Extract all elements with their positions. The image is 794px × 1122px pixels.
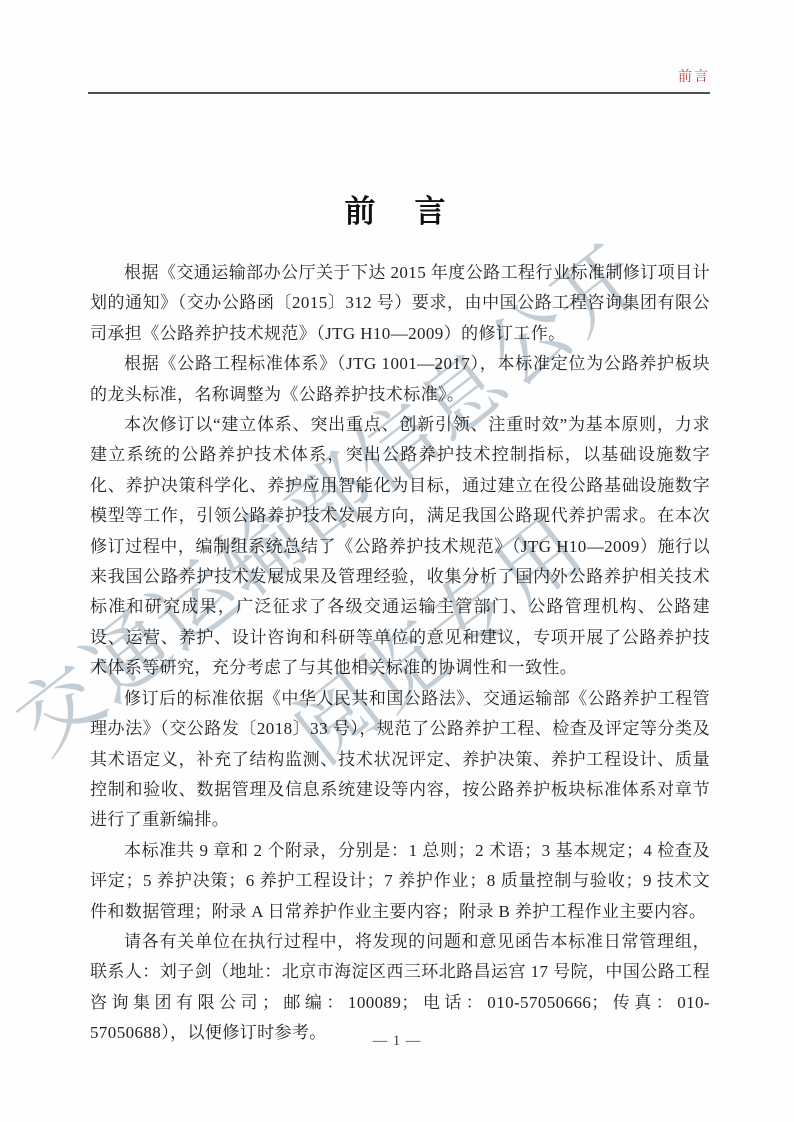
paragraph: 根据《公路工程标准体系》（JTG 1001—2017），本标准定位为公路养护板块… (90, 349, 710, 410)
page-title: 前 言 (0, 186, 794, 231)
paragraph: 请各有关单位在执行过程中，将发现的问题和意见函告本标准日常管理组，联系人：刘子剑… (90, 927, 710, 1049)
running-header-label: 前言 (678, 70, 710, 85)
paragraph: 修订后的标准依据《中华人民共和国公路法》、交通运输部《公路养护工程管理办法》（交… (90, 684, 710, 836)
running-header: 前言 (88, 66, 710, 94)
paragraph: 根据《交通运输部办公厅关于下达 2015 年度公路工程行业标准制修订项目计划的通… (90, 258, 710, 349)
body-text: 根据《交通运输部办公厅关于下达 2015 年度公路工程行业标准制修订项目计划的通… (90, 258, 710, 1049)
document-page: 前言 前 言 根据《交通运输部办公厅关于下达 2015 年度公路工程行业标准制修… (0, 0, 794, 1122)
paragraph: 本次修订以“建立体系、突出重点、创新引领、注重时效”为基本原则，力求建立系统的公… (90, 410, 710, 684)
page-number: — 1 — (0, 1033, 794, 1050)
paragraph: 本标准共 9 章和 2 个附录，分别是：1 总则；2 术语；3 基本规定；4 检… (90, 836, 710, 927)
